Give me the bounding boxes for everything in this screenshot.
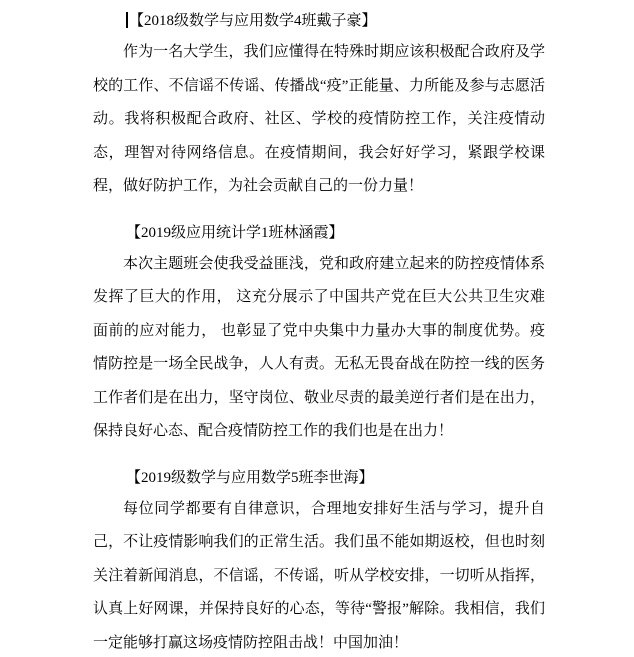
section-heading-1-text: 【2018级数学与应用数学4班戴子豪】	[129, 13, 377, 29]
section-paragraph-2: 本次主题班会使我受益匪浅，党和政府建立起来的防控疫情体系发挥了巨大的作用， 这充…	[93, 248, 545, 449]
section-heading-2: 【2019级应用统计学1班林涵霞】	[93, 218, 545, 248]
section-heading-1: 【2018级数学与应用数学4班戴子豪】	[93, 6, 545, 36]
text-cursor-caret[interactable]	[126, 12, 128, 28]
section-paragraph-1: 作为一名大学生，我们应懂得在特殊时期应该积极配合政府及学校的工作、不信谣不传谣、…	[93, 36, 545, 204]
document-page: 【2018级数学与应用数学4班戴子豪】 作为一名大学生，我们应懂得在特殊时期应该…	[0, 0, 634, 657]
document-content: 【2018级数学与应用数学4班戴子豪】 作为一名大学生，我们应懂得在特殊时期应该…	[93, 6, 545, 657]
section-heading-3: 【2019级数学与应用数学5班李世海】	[93, 463, 545, 493]
section-paragraph-3: 每位同学都要有自律意识，合理地安排好生活与学习，提升自己，不让疫情影响我们的正常…	[93, 493, 545, 657]
